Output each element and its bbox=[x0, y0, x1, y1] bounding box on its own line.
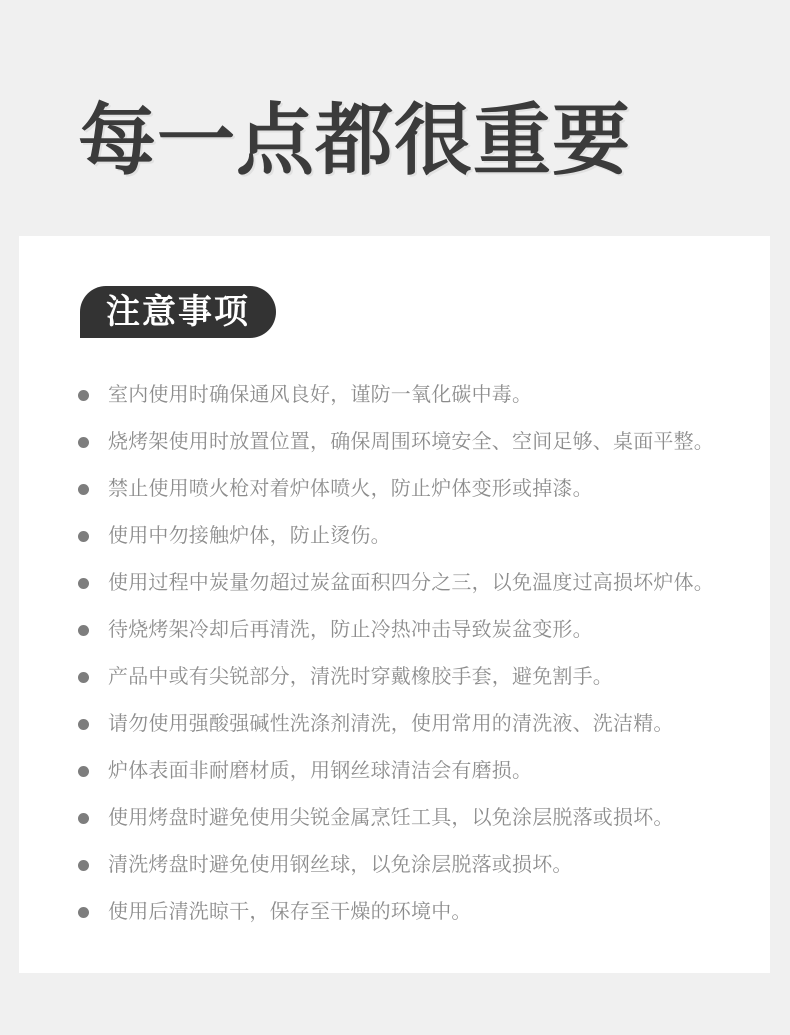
bullet-icon bbox=[78, 719, 89, 730]
bullet-icon bbox=[78, 390, 89, 401]
bullet-icon bbox=[78, 484, 89, 495]
note-item: 请勿使用强酸强碱性洗涤剂清洗，使用常用的清洗液、洗洁精。 bbox=[78, 714, 750, 735]
note-item: 禁止使用喷火枪对着炉体喷火，防止炉体变形或掉漆。 bbox=[78, 479, 750, 500]
bullet-icon bbox=[78, 672, 89, 683]
note-item: 炉体表面非耐磨材质，用钢丝球清洁会有磨损。 bbox=[78, 761, 750, 782]
bullet-icon bbox=[78, 578, 89, 589]
note-text: 使用中勿接触炉体，防止烫伤。 bbox=[108, 526, 391, 547]
bullet-icon bbox=[78, 531, 89, 542]
note-item: 待烧烤架冷却后再清洗，防止冷热冲击导致炭盆变形。 bbox=[78, 620, 750, 641]
note-item: 烧烤架使用时放置位置，确保周围环境安全、空间足够、桌面平整。 bbox=[78, 432, 750, 453]
note-text: 使用后清洗晾干，保存至干燥的环境中。 bbox=[108, 902, 472, 923]
note-text: 室内使用时确保通风良好，谨防一氧化碳中毒。 bbox=[108, 385, 532, 406]
note-text: 使用烤盘时避免使用尖锐金属烹饪工具，以免涂层脱落或损坏。 bbox=[108, 808, 674, 829]
bullet-icon bbox=[78, 860, 89, 871]
bullet-icon bbox=[78, 766, 89, 777]
note-text: 使用过程中炭量勿超过炭盆面积四分之三，以免温度过高损坏炉体。 bbox=[108, 573, 714, 594]
note-item: 使用后清洗晾干，保存至干燥的环境中。 bbox=[78, 902, 750, 923]
page-title: 每一点都很重要 bbox=[78, 98, 631, 184]
note-item: 产品中或有尖锐部分，清洗时穿戴橡胶手套，避免割手。 bbox=[78, 667, 750, 688]
note-text: 待烧烤架冷却后再清洗，防止冷热冲击导致炭盆变形。 bbox=[108, 620, 593, 641]
note-item: 使用烤盘时避免使用尖锐金属烹饪工具，以免涂层脱落或损坏。 bbox=[78, 808, 750, 829]
note-item: 室内使用时确保通风良好，谨防一氧化碳中毒。 bbox=[78, 385, 750, 406]
section-badge: 注意事项 bbox=[80, 286, 276, 338]
bullet-icon bbox=[78, 907, 89, 918]
bullet-icon bbox=[78, 813, 89, 824]
note-item: 使用过程中炭量勿超过炭盆面积四分之三，以免温度过高损坏炉体。 bbox=[78, 573, 750, 594]
note-text: 请勿使用强酸强碱性洗涤剂清洗，使用常用的清洗液、洗洁精。 bbox=[108, 714, 674, 735]
note-item: 使用中勿接触炉体，防止烫伤。 bbox=[78, 526, 750, 547]
note-item: 清洗烤盘时避免使用钢丝球，以免涂层脱落或损坏。 bbox=[78, 855, 750, 876]
note-text: 产品中或有尖锐部分，清洗时穿戴橡胶手套，避免割手。 bbox=[108, 667, 613, 688]
bullet-icon bbox=[78, 437, 89, 448]
note-text: 禁止使用喷火枪对着炉体喷火，防止炉体变形或掉漆。 bbox=[108, 479, 593, 500]
bullet-icon bbox=[78, 625, 89, 636]
note-text: 炉体表面非耐磨材质，用钢丝球清洁会有磨损。 bbox=[108, 761, 532, 782]
notice-card: 注意事项 室内使用时确保通风良好，谨防一氧化碳中毒。 烧烤架使用时放置位置，确保… bbox=[19, 236, 770, 973]
notes-list: 室内使用时确保通风良好，谨防一氧化碳中毒。 烧烤架使用时放置位置，确保周围环境安… bbox=[78, 385, 750, 923]
note-text: 烧烤架使用时放置位置，确保周围环境安全、空间足够、桌面平整。 bbox=[108, 432, 714, 453]
note-text: 清洗烤盘时避免使用钢丝球，以免涂层脱落或损坏。 bbox=[108, 855, 573, 876]
